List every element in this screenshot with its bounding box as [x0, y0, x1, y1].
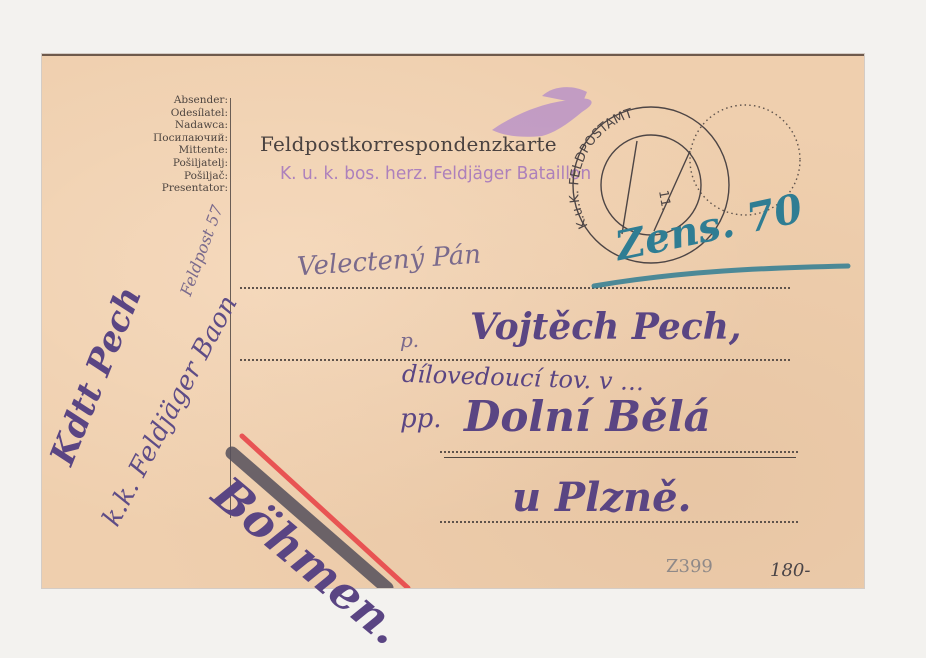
- place-name: Dolní Bělá: [464, 392, 711, 441]
- region: u Plzně.: [512, 474, 691, 521]
- address-prefix: p.: [400, 328, 419, 352]
- postmark-date: 11.: [655, 189, 673, 212]
- postmark-ring-text: K.u.K. FELDPOSTAMT: [567, 106, 635, 231]
- price-note: 180-: [770, 560, 810, 581]
- eagle-stamp-icon: [492, 87, 592, 137]
- censor-underline: [594, 266, 848, 286]
- postcard: Absender: Odesílatel: Nadawca: Посилаючи…: [42, 54, 864, 588]
- inventory-number: Z399: [666, 556, 713, 577]
- recipient-name: Vojtěch Pech,: [470, 306, 741, 348]
- place-prefix: pp.: [400, 404, 442, 434]
